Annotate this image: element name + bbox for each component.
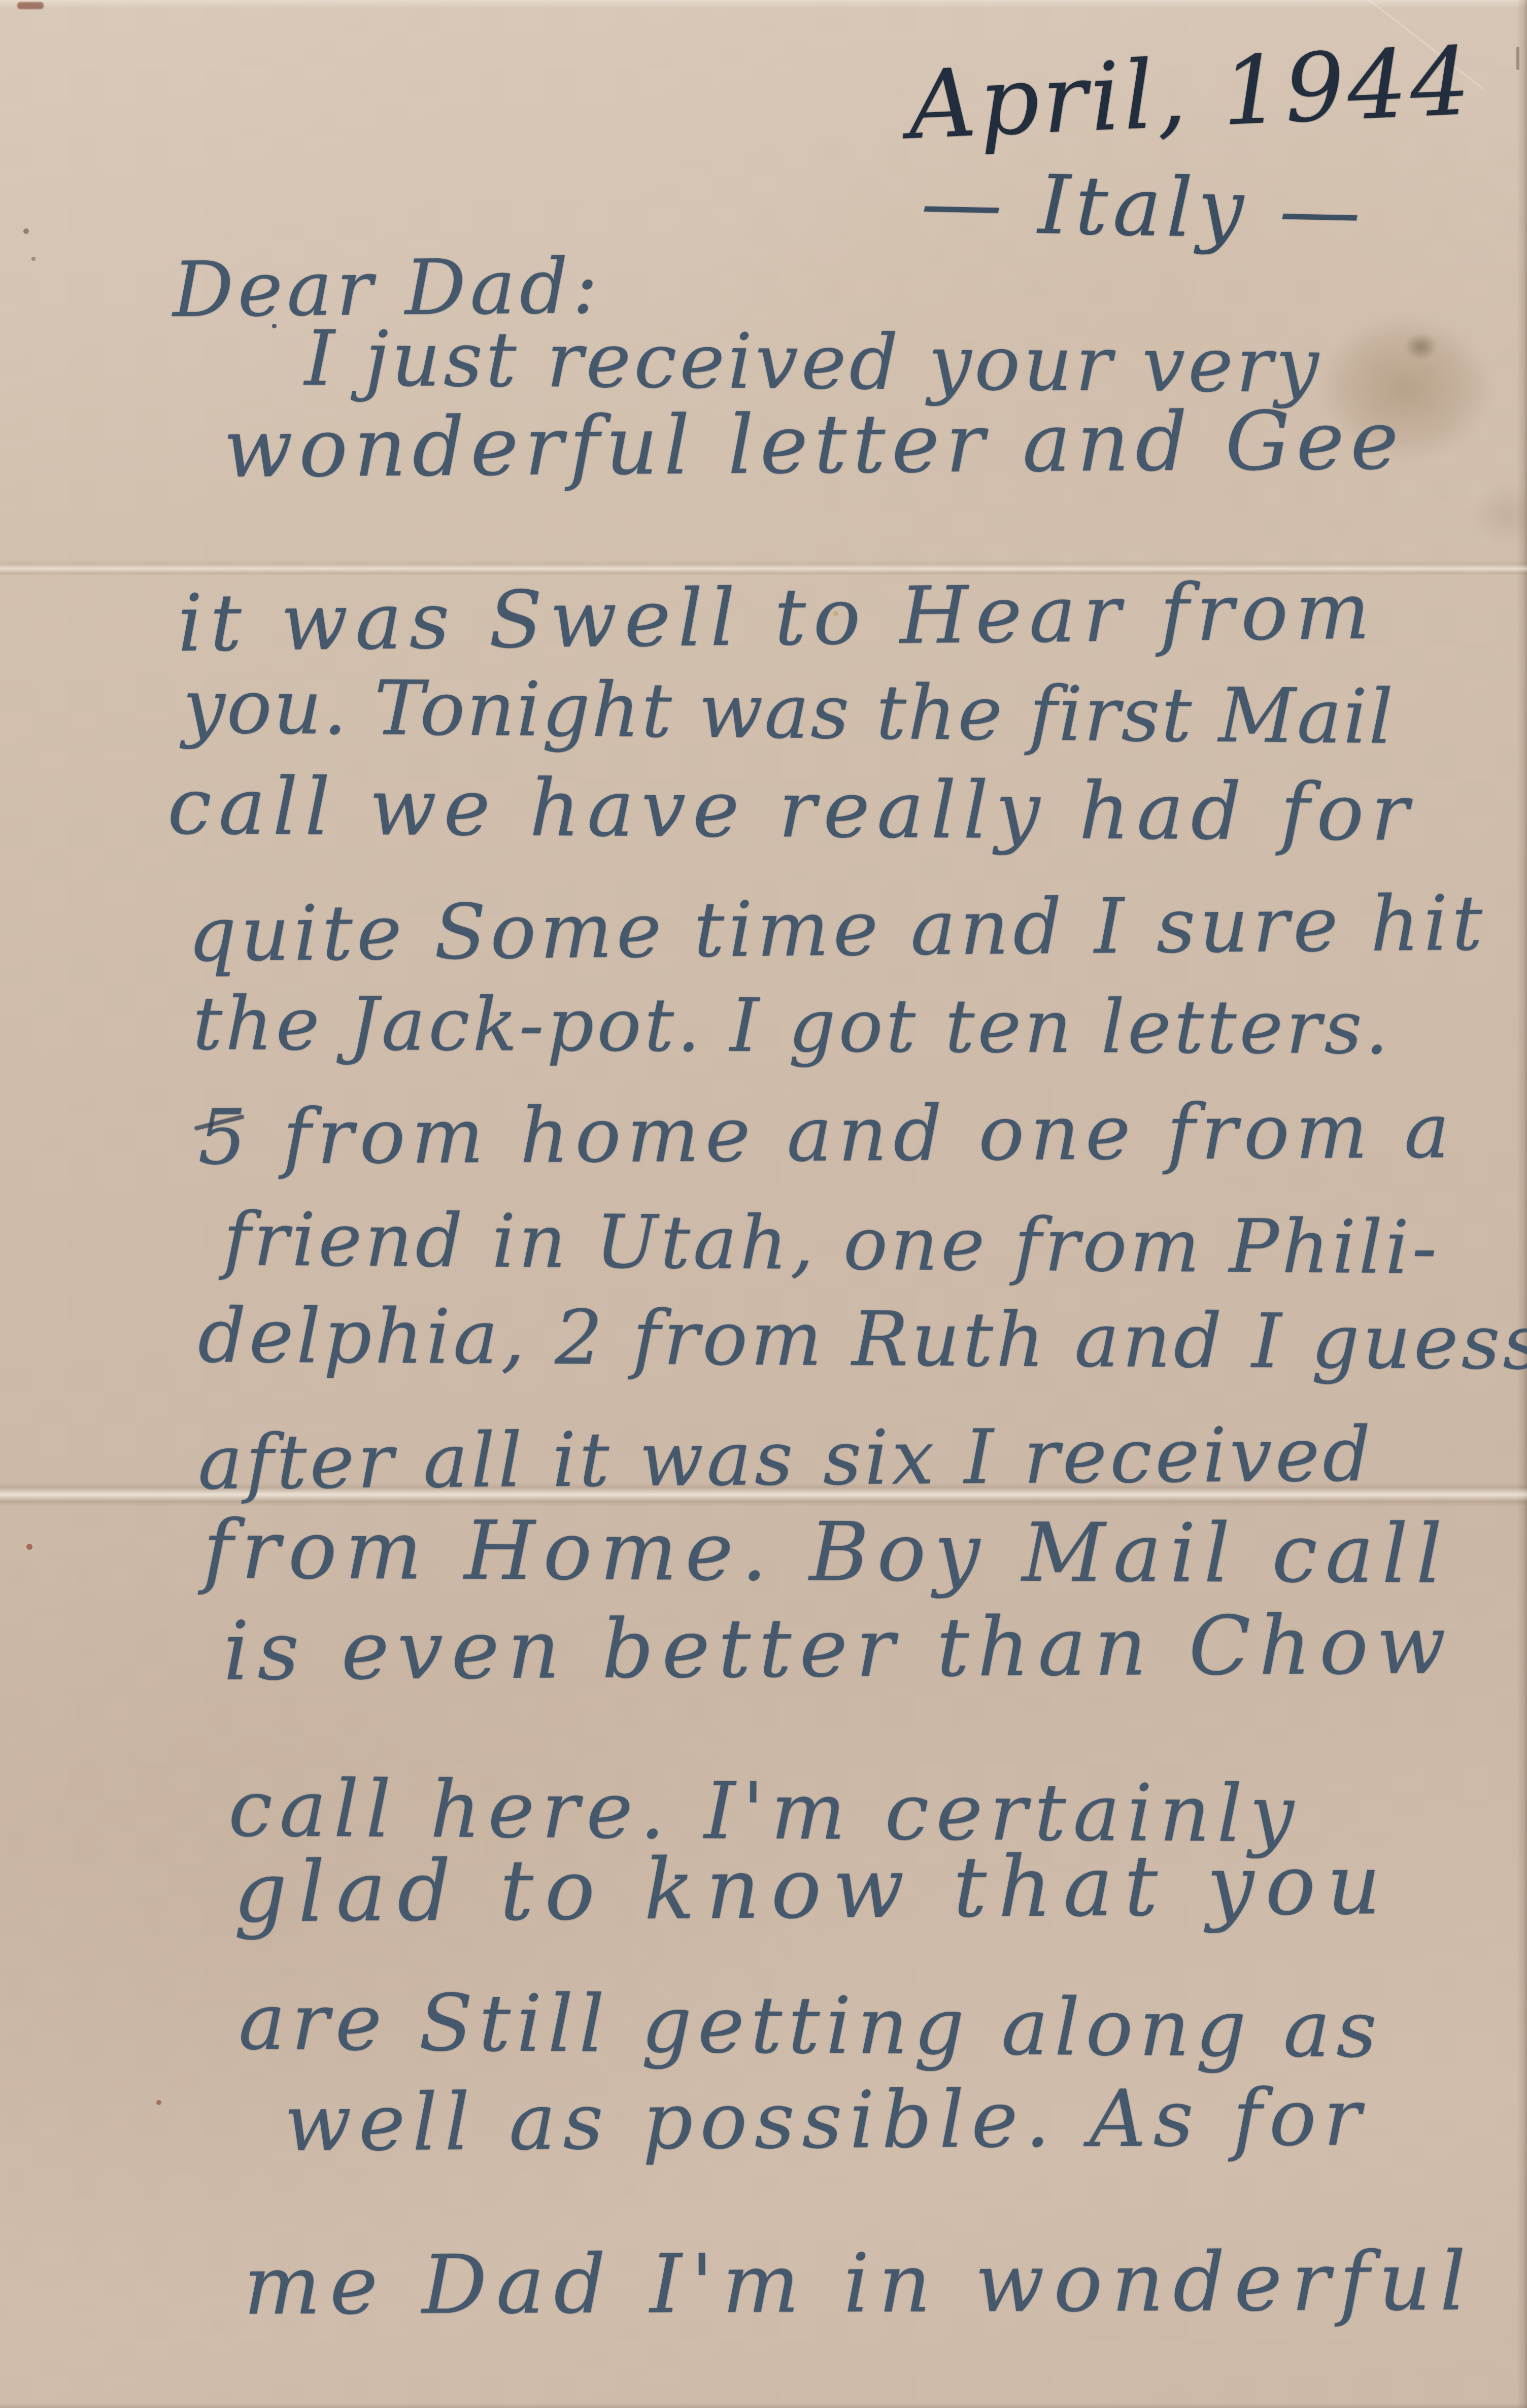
paper-stain-faint: [1462, 477, 1527, 553]
letter-line-04: you. Tonight was the first Mail: [182, 663, 1395, 761]
paper-speck: [26, 1544, 32, 1550]
date-line: April, 1944: [906, 26, 1475, 160]
letter-line-05: call we have really had for: [167, 760, 1416, 859]
letter-page: April, 1944 — Italy — Dear Dad: I just r…: [0, 0, 1527, 2408]
letter-line-08: 5 from home and one from a: [198, 1087, 1456, 1182]
letter-line-09: friend in Utah, one from Phili-: [223, 1197, 1440, 1291]
paper-speck: [31, 257, 36, 261]
letter-line-11: after all it was six I received: [197, 1411, 1374, 1506]
letter-line-17: well as possible. As for: [284, 2072, 1369, 2169]
paper-bottom-edge: [0, 2403, 1527, 2408]
letter-line-12: from Home. Boy Mail call: [203, 1502, 1450, 1602]
paper-speck: [1516, 47, 1519, 70]
paper-speck: [17, 2, 44, 9]
letter-line-03: it was Swell to Hear from: [177, 565, 1377, 669]
letter-line-15: glad to know that you: [233, 1836, 1392, 1941]
letter-line-06: quite Some time and I sure hit: [187, 879, 1487, 979]
paper-speck: [156, 2100, 161, 2105]
paper-right-edge: [1517, 0, 1527, 2408]
letter-line-13: is even better than Chow: [223, 1597, 1454, 1699]
paper-top-edge: [0, 0, 1527, 8]
place-line: — Italy —: [920, 155, 1367, 259]
letter-line-10: delphia, 2 from Ruth and I guess: [198, 1292, 1527, 1386]
letter-line-18: me Dad I'm in wonderful: [244, 2234, 1475, 2333]
paper-speck: [23, 228, 29, 234]
paper-stain-dark-core: [1401, 330, 1441, 363]
letter-line-02: wonderful letter and Gee: [223, 393, 1405, 496]
letter-line-16: are Still getting along as: [238, 1976, 1383, 2076]
letter-line-07: the Jack-pot. I got ten letters.: [193, 981, 1392, 1071]
